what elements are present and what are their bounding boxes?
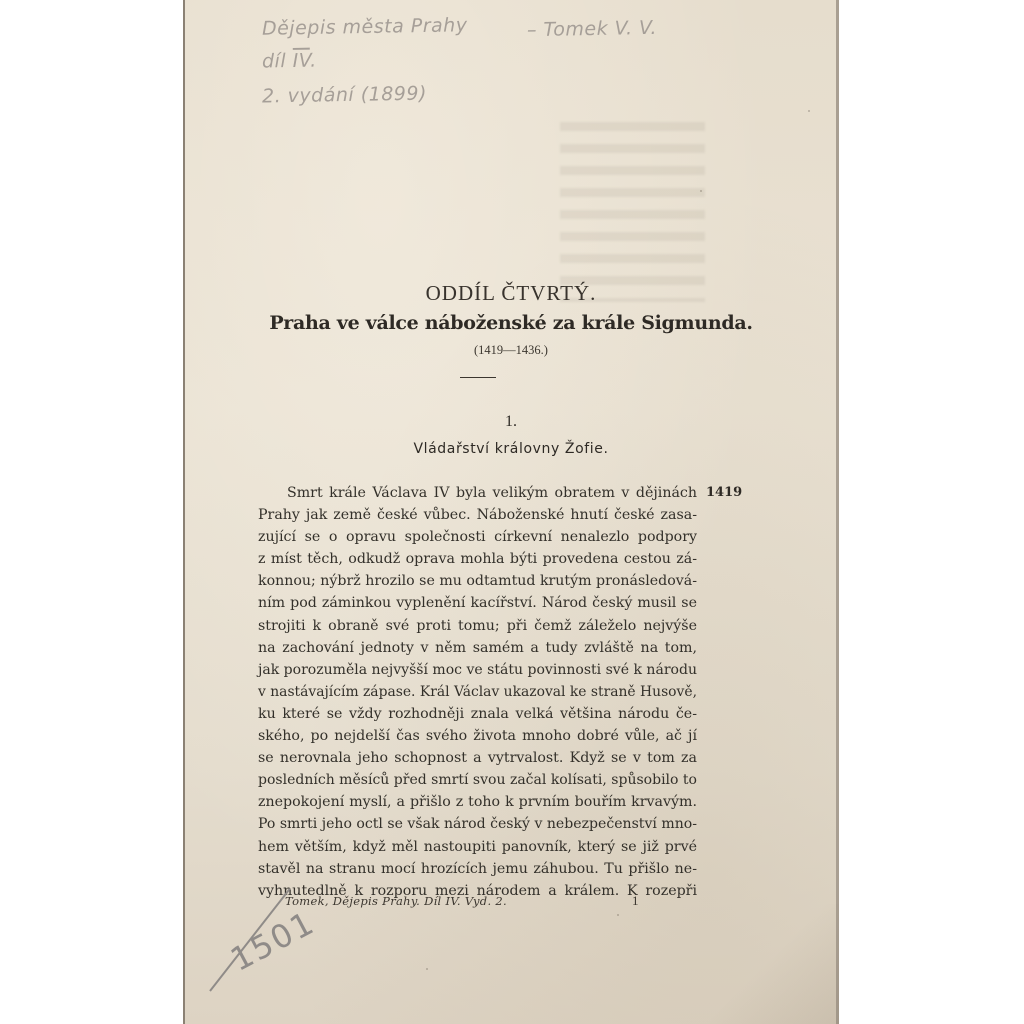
body-line: posledních měsíců před smrtí svou začal … [258, 769, 697, 791]
handwritten-volume: díl IV. [262, 50, 317, 73]
body-line: hem větším, když měl nastoupiti panovník… [258, 836, 697, 858]
body-line: jak porozuměla nejvyšší moc ve státu pov… [258, 659, 697, 681]
handwritten-edition: 2. vydání (1899) [262, 83, 427, 108]
subsection-number: 1. [183, 413, 839, 431]
body-line: se nerovnala jeho schopnost a vytrvalost… [258, 747, 697, 769]
body-line: Smrt krále Václava IV byla velikým obrat… [258, 482, 697, 504]
body-line: v nastávajícím zápase. Král Václav ukazo… [258, 681, 697, 703]
body-line: z míst těch, odkudž oprava mohla býti pr… [258, 548, 697, 570]
subsection-title: Vládařství královny Žofie. [183, 441, 839, 457]
bleed-through-text [560, 122, 705, 302]
body-text: Smrt krále Václava IV byla velikým obrat… [258, 482, 697, 902]
chapter-title: Praha ve válce náboženské za krále Sigmu… [183, 312, 839, 334]
handwritten-author: – Tomek V. V. [527, 17, 657, 41]
body-line: znepokojení myslí, a přišlo z toho k prv… [258, 791, 697, 813]
body-line: zující se o opravu společnosti církevní … [258, 526, 697, 548]
body-line: ním pod záminkou vyplenění kacířství. Ná… [258, 592, 697, 614]
body-line: ku které se vždy rozhodněji znala velká … [258, 703, 697, 725]
sheet-number: 1 [632, 893, 639, 909]
body-line: na zachování jednoty v něm samém a tudy … [258, 637, 697, 659]
handwritten-volume-suffix: . [310, 50, 317, 72]
paper-speck [426, 968, 428, 970]
margin-year-note: 1419 [706, 482, 742, 504]
body-line: Po smrti jeho octl se však národ český v… [258, 813, 697, 835]
handwritten-title: Dějepis města Prahy [262, 14, 468, 40]
body-line: Prahy jak země české vůbec. Náboženské h… [258, 504, 697, 526]
handwritten-volume-number: IV [292, 48, 310, 72]
body-line: strojiti k obraně své proti tomu; při če… [258, 615, 697, 637]
divider-rule [460, 377, 496, 378]
body-line: stavěl na stranu mocí hrozících jemu záh… [258, 858, 697, 880]
section-title: ODDÍL ČTVRTÝ. [183, 281, 839, 306]
paper-speck [808, 110, 810, 112]
footer-signature: Tomek, Dějepis Prahy. Díl IV. Vyd. 2. [285, 894, 507, 908]
paper-speck [700, 190, 702, 192]
paper-speck [617, 914, 619, 916]
chapter-years: (1419—1436.) [183, 343, 839, 358]
handwritten-volume-prefix: díl [262, 50, 293, 73]
body-line: konnou; nýbrž hrozilo se mu odtamtud kru… [258, 570, 697, 592]
body-line: ského, po nejdelší čas svého života mnoh… [258, 725, 697, 747]
